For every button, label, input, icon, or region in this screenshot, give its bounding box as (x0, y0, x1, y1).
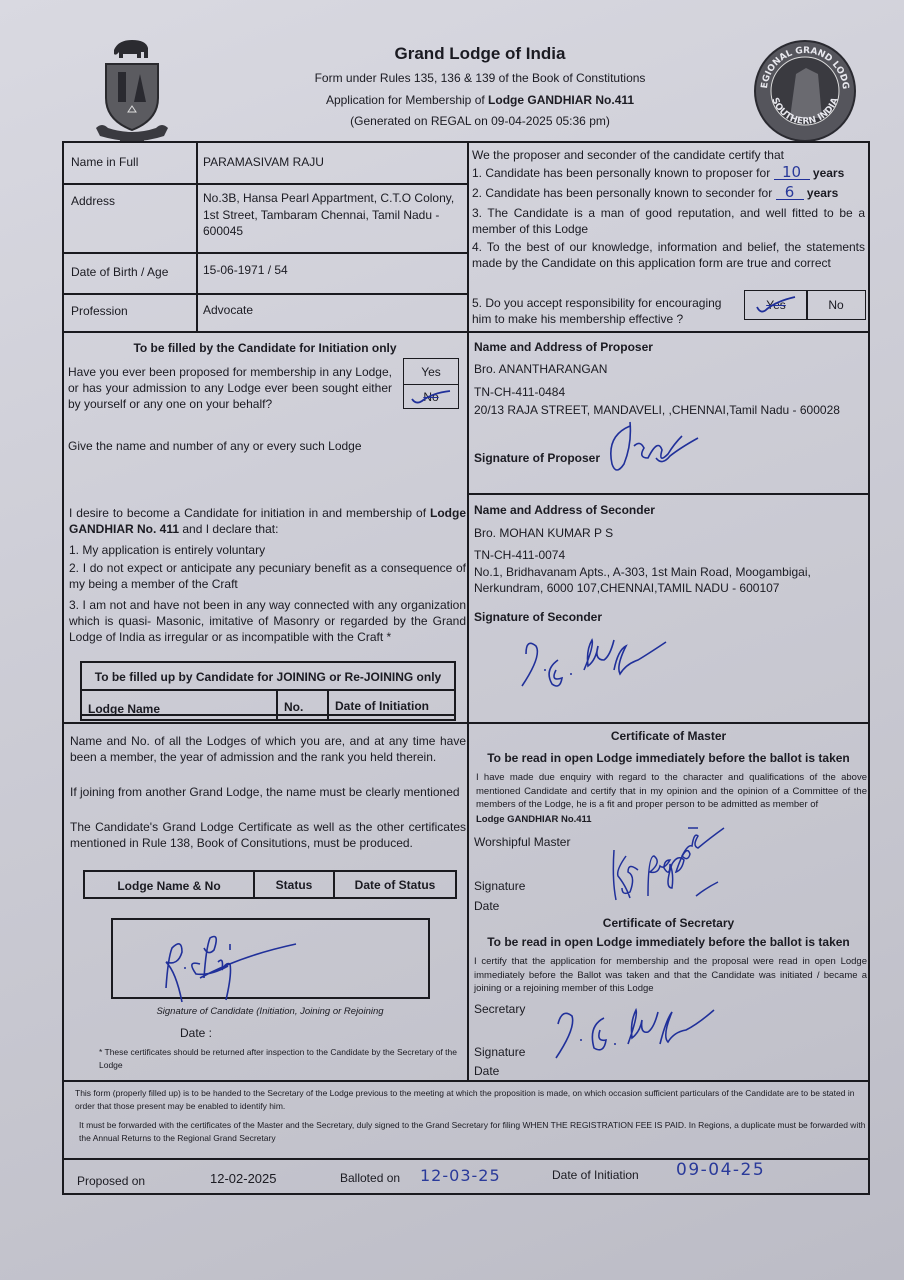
balloted-on-value: 12-03-25 (420, 1166, 501, 1186)
certificates-footnote: * These certificates should be returned … (99, 1046, 459, 1072)
regional-grand-lodge-seal-icon: REGIONAL GRAND LODGE SOUTHERN INDIA (750, 36, 860, 146)
seconder-years-value: 6 (776, 185, 804, 200)
row-divider (62, 293, 468, 295)
history-col-date: Date of Status (335, 877, 455, 893)
initiation-date-label: Date of Initiation (552, 1167, 639, 1183)
history-col-lodge: Lodge Name & No (85, 878, 253, 894)
declaration-item-3: 3. I am not and have not been in any way… (69, 597, 466, 645)
initiation-yes-label: Yes (421, 365, 441, 379)
joining-col-lodge-name: Lodge Name (88, 701, 160, 717)
proposer-years-value: 10 (774, 165, 810, 180)
years-label: years (807, 186, 838, 200)
table-col-divider (276, 689, 278, 721)
proposer-reg-no: TN-CH-411-0484 (474, 384, 565, 400)
responsibility-no-label: No (828, 298, 843, 312)
address-label: Address (71, 193, 115, 209)
declaration-intro-suffix: and I declare that: (179, 522, 278, 536)
declaration-intro-prefix: I desire to become a Candidate for initi… (69, 506, 430, 520)
candidate-signature-caption: Signature of Candidate (Initiation, Join… (110, 1005, 430, 1019)
certify-item-2: 2. Candidate has been personally known t… (472, 185, 865, 201)
instructions-para-1: This form (properly filled up) is to be … (75, 1087, 868, 1113)
responsibility-no-checkbox[interactable]: No (806, 290, 866, 320)
history-text-3: The Candidate's Grand Lodge Certificate … (70, 819, 466, 851)
check-mark-icon (410, 387, 454, 407)
initiation-question: Have you ever been proposed for membersh… (68, 364, 392, 412)
dob-label: Date of Birth / Age (71, 264, 168, 280)
candidate-signature (160, 928, 300, 1008)
frame-bottom (62, 1193, 870, 1195)
seconder-address: No.1, Bridhavanam Apts., A-303, 1st Main… (474, 564, 866, 596)
secretary-subheading: To be read in open Lodge immediately bef… (469, 934, 868, 950)
check-mark-icon (755, 295, 799, 315)
application-title: Application for Membership of Lodge GAND… (260, 93, 700, 107)
table-divider (82, 689, 454, 691)
master-body: I have made due enquiry with regard to t… (476, 771, 867, 812)
profession-label: Profession (71, 303, 128, 319)
frame-left (62, 141, 64, 1195)
row-divider (62, 252, 468, 254)
master-subheading: To be read in open Lodge immediately bef… (469, 750, 868, 766)
master-role: Worshipful Master (474, 834, 570, 850)
seconder-signature-label: Signature of Seconder (474, 609, 602, 625)
name-value: PARAMASIVAM RAJU (203, 154, 324, 170)
name-label: Name in Full (71, 154, 138, 170)
section-divider (62, 1080, 870, 1082)
address-value: No.3B, Hansa Pearl Appartment, C.T.O Col… (203, 190, 461, 240)
certify-intro: We the proposer and seconder of the cand… (472, 147, 784, 163)
secretary-heading: Certificate of Secretary (469, 915, 868, 931)
proposer-signature (604, 412, 714, 482)
secretary-body: I certify that the application for membe… (474, 955, 867, 996)
certify-item-3: 3. The Candidate is a man of good reputa… (472, 205, 865, 237)
certify-item-1-text: 1. Candidate has been personally known t… (472, 166, 770, 180)
grand-lodge-crest-icon (92, 36, 172, 146)
initiation-date-value: 09-04-25 (676, 1160, 765, 1180)
seconder-signature (514, 630, 714, 692)
certify-item-4: 4. To the best of our knowledge, informa… (472, 239, 865, 271)
secretary-signature (548, 1000, 738, 1066)
master-signature-label: Signature (474, 878, 525, 894)
profession-value: Advocate (203, 302, 253, 318)
initiation-yes-checkbox[interactable]: Yes (403, 358, 459, 385)
seconder-name: Bro. MOHAN KUMAR P S (474, 525, 613, 541)
master-signature (608, 826, 768, 912)
section-divider (62, 722, 870, 724)
page-title: Grand Lodge of India (280, 44, 680, 64)
previous-lodge-prompt: Give the name and number of any or every… (68, 438, 362, 454)
secretary-signature-label: Signature (474, 1044, 525, 1060)
certify-item-1: 1. Candidate has been personally known t… (472, 165, 865, 181)
joining-table: To be filled up by Candidate for JOINING… (80, 661, 456, 721)
seconder-reg-no: TN-CH-411-0074 (474, 547, 565, 563)
joining-table-heading: To be filled up by Candidate for JOINING… (82, 669, 454, 685)
secretary-date-label: Date (474, 1063, 499, 1079)
responsibility-yes-checkbox[interactable]: Yes (744, 290, 808, 320)
proposer-name: Bro. ANANTHARANGAN (474, 361, 607, 377)
declaration-item-2: 2. I do not expect or anticipate any pec… (69, 560, 466, 592)
section-divider (467, 493, 870, 495)
proposer-heading: Name and Address of Proposer (474, 339, 653, 355)
initiation-heading: To be filled by the Candidate for Initia… (64, 340, 466, 356)
proposed-on-value: 12-02-2025 (210, 1171, 277, 1187)
instructions-para-2: It must be forwarded with the certificat… (79, 1119, 868, 1145)
application-prefix: Application for Membership of (326, 93, 488, 107)
master-heading: Certificate of Master (469, 728, 868, 744)
proposer-signature-label: Signature of Proposer (474, 450, 600, 466)
declaration-item-1: 1. My application is entirely voluntary (69, 542, 265, 558)
joining-col-no: No. (284, 699, 303, 715)
balloted-on-label: Balloted on (340, 1170, 400, 1186)
master-lodge: Lodge GANDHIAR No.411 (476, 813, 592, 827)
secretary-role: Secretary (474, 1001, 525, 1017)
frame-right (868, 141, 870, 1195)
joining-col-date: Date of Initiation (335, 698, 429, 714)
generated-note: (Generated on REGAL on 09-04-2025 05:36 … (260, 114, 700, 128)
history-text-2: If joining from another Grand Lodge, the… (70, 784, 466, 800)
col-divider (196, 141, 198, 333)
certify-item-2-text: 2. Candidate has been personally known t… (472, 186, 772, 200)
years-label: years (813, 166, 844, 180)
initiation-no-checkbox[interactable]: No (403, 384, 459, 409)
row-divider (62, 183, 468, 185)
dob-value: 15-06-1971 / 54 (203, 262, 288, 278)
candidate-date-label: Date : (180, 1025, 212, 1041)
history-col-status: Status (255, 877, 333, 893)
declaration-intro: I desire to become a Candidate for initi… (69, 505, 466, 537)
membership-application-form: Grand Lodge of India Form under Rules 13… (0, 0, 904, 1280)
history-table: Lodge Name & No Status Date of Status (83, 870, 457, 899)
proposed-on-label: Proposed on (77, 1173, 145, 1189)
history-text-1: Name and No. of all the Lodges of which … (70, 733, 466, 765)
table-col-divider (327, 689, 329, 721)
frame-top (62, 141, 870, 143)
section-divider (62, 331, 870, 333)
certify-item-5: 5. Do you accept responsibility for enco… (472, 295, 744, 327)
form-subtitle: Form under Rules 135, 136 & 139 of the B… (260, 71, 700, 85)
seconder-heading: Name and Address of Seconder (474, 502, 655, 518)
master-date-label: Date (474, 898, 499, 914)
application-lodge: Lodge GANDHIAR No.411 (488, 93, 634, 107)
